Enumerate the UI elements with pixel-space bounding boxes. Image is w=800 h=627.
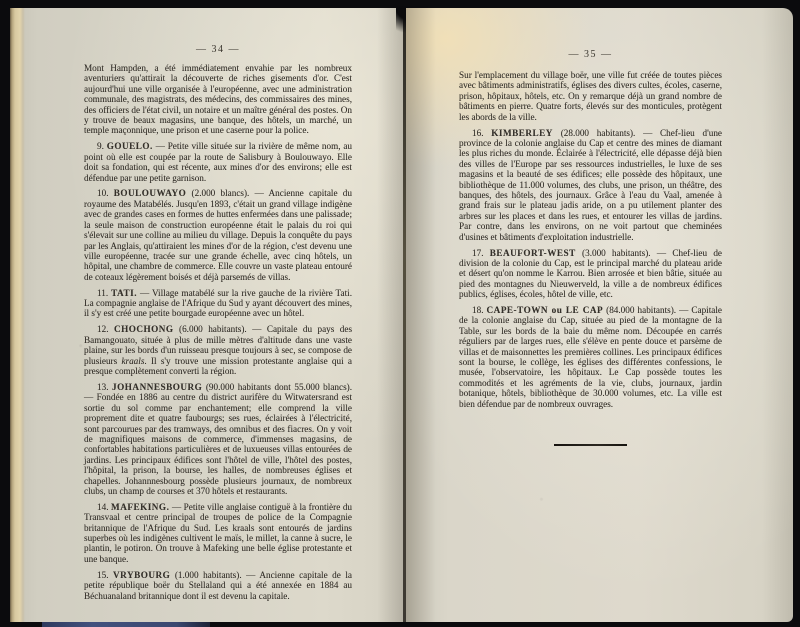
entry-population: (28.000 habitants). (561, 128, 636, 138)
paragraph: Sur l'emplacement du village boër, une v… (459, 70, 722, 122)
paragraph: Mont Hampden, a été immédiatement envahi… (84, 63, 352, 136)
entry-paragraph: 10. BOULOUWAYO (2.000 blancs). — Ancienn… (84, 188, 352, 282)
entry-number: 13. (97, 382, 112, 392)
entry-number: 15. (97, 570, 113, 580)
book-cover-edge (42, 622, 210, 627)
entry-number: 14. (97, 502, 111, 512)
entry-paragraph: 9. GOUELO. — Petite ville située sur la … (84, 141, 352, 183)
entry-population: (84.000 habitants). (606, 305, 676, 315)
entry-population: (3.000 habitants). (582, 248, 651, 258)
entry-paragraph: 14. MAFEKING. — Petite ville anglaise co… (84, 502, 352, 564)
entry-paragraph: 13. JOHANNESBOURG (90.000 habitants dont… (84, 382, 352, 496)
entry-paragraph: 18. CAPE-TOWN ou LE CAP (84.000 habitant… (459, 305, 722, 409)
entry-paragraph: 17. BEAUFORT-WEST (3.000 habitants). — C… (459, 248, 722, 300)
entry-number: 9. (97, 141, 107, 151)
entry-population: (1.000 habitants). (175, 570, 242, 580)
page-left: — 34 — Mont Hampden, a été immédiatement… (10, 8, 403, 622)
entry-number: 17. (472, 248, 490, 258)
entry-population: (90.000 habitants dont 55.000 blancs). (206, 382, 352, 392)
entry-population: (6.000 habitants). (179, 324, 247, 334)
entry-paragraph: 16. KIMBERLEY (28.000 habitants). — Chef… (459, 128, 722, 242)
entry-paragraph: 15. VRYBOURG (1.000 habitants). — Ancien… (84, 570, 352, 601)
entry-title: CHOCHONG (114, 324, 174, 334)
entry-number: 12. (97, 324, 114, 334)
entry-title: BEAUFORT-WEST (490, 248, 576, 258)
entry-title: VRYBOURG (113, 570, 170, 580)
entry-number: 18. (472, 305, 487, 315)
entry-paragraph: 12. CHOCHONG (6.000 habitants). — Capita… (84, 324, 352, 376)
page-fore-edge (10, 8, 25, 622)
entry-paragraph: 11. TATI. — Village matabélé sur la rive… (84, 288, 352, 319)
book-spread: — 34 — Mont Hampden, a été immédiatement… (0, 0, 800, 627)
page-number-right: — 35 — (459, 49, 722, 60)
section-end-rule (554, 444, 627, 446)
page-number-left: — 34 — (84, 44, 352, 55)
entry-title: TATI. (111, 288, 137, 298)
entry-number: 10. (97, 188, 114, 198)
entry-title: JOHANNESBOURG (112, 382, 202, 392)
text-block: Mont Hampden, a été immédiatement envahi… (84, 63, 352, 607)
entry-title: GOUELO. (107, 141, 153, 151)
page-right: — 35 — Sur l'emplacement du village boër… (406, 8, 793, 622)
entry-title: KIMBERLEY (491, 128, 553, 138)
entry-number: 11. (97, 288, 111, 298)
text-block: Sur l'emplacement du village boër, une v… (459, 70, 722, 415)
entry-title: CAPE-TOWN ou LE CAP (487, 305, 604, 315)
entry-number: 16. (472, 128, 491, 138)
entry-title: BOULOUWAYO (114, 188, 187, 198)
entry-title: MAFEKING. (111, 502, 169, 512)
entry-population: (2.000 blancs). (192, 188, 250, 198)
